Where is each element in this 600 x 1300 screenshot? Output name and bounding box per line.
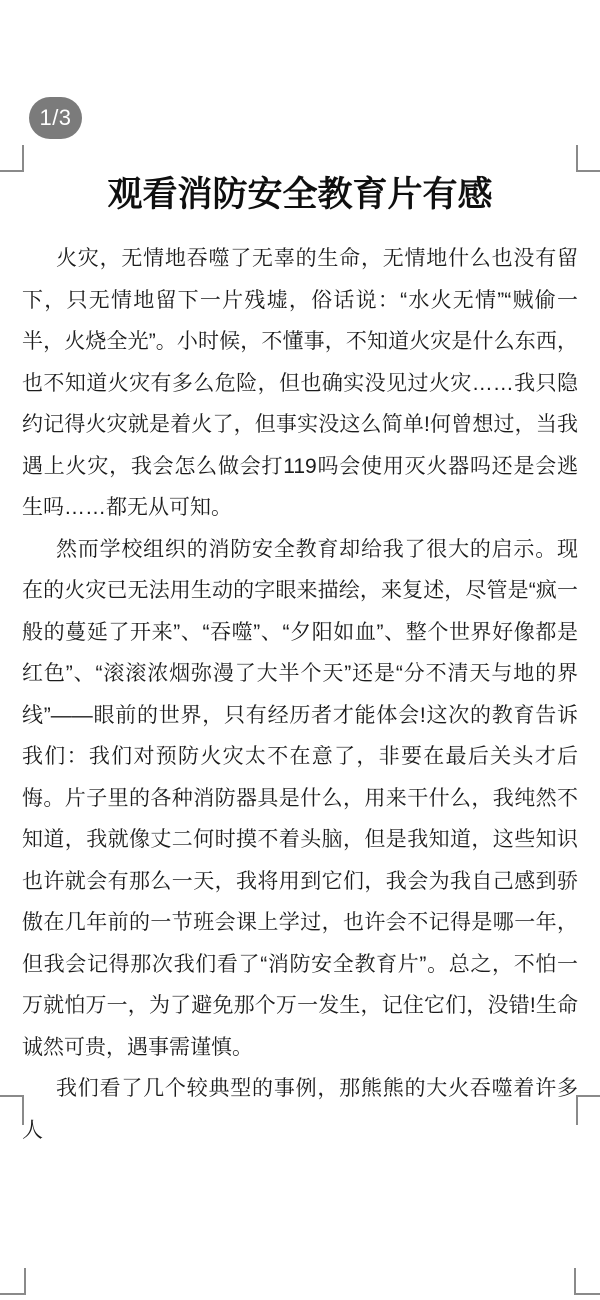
page-corner-mark-mid-right — [576, 1095, 600, 1125]
document-body: 火灾，无情地吞噬了无辜的生命，无情地什么也没有留下，只无情地留下一片残墟，俗话说… — [22, 238, 578, 1151]
paragraph-1: 火灾，无情地吞噬了无辜的生命，无情地什么也没有留下，只无情地留下一片残墟，俗话说… — [22, 238, 578, 529]
page-corner-mark-bottom-right — [574, 1268, 600, 1295]
page-indicator-badge: 1/3 — [29, 97, 82, 139]
paragraph-3: 我们看了几个较典型的事例，那熊熊的大火吞噬着许多人 — [22, 1068, 578, 1151]
document-title: 观看消防安全教育片有感 — [0, 172, 600, 218]
page-indicator-label: 1/3 — [39, 105, 71, 131]
document-viewer: 1/3 观看消防安全教育片有感 火灾，无情地吞噬了无辜的生命，无情地什么也没有留… — [0, 0, 600, 1300]
page-corner-mark-top-left — [0, 145, 24, 172]
page-corner-mark-bottom-left — [0, 1268, 26, 1295]
paragraph-2: 然而学校组织的消防安全教育却给我了很大的启示。现在的火灾已无法用生动的字眼来描绘… — [22, 529, 578, 1069]
page-corner-mark-top-right — [576, 145, 600, 172]
page-corner-mark-mid-left — [0, 1095, 24, 1125]
